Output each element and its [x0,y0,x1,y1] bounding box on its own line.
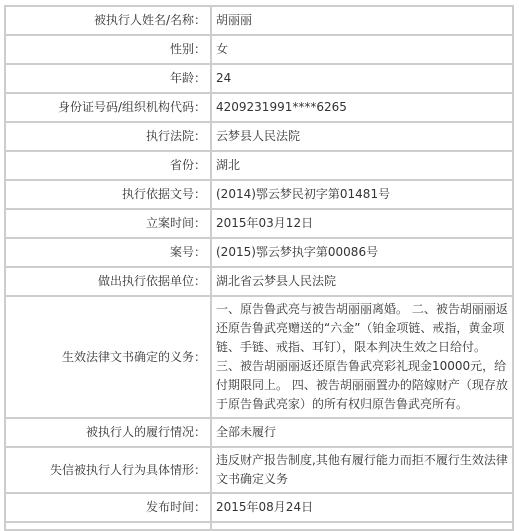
label-basis-doc-number: 执行依据文号： [5,180,211,209]
label-court: 执行法院： [5,122,211,151]
row-obligations: 生效法律文书确定的义务： 一、原告鲁武亮与被告胡丽丽离婚。 二、被告胡丽丽返还原… [5,296,513,418]
row-court: 执行法院： 云梦县人民法院 [5,122,513,151]
row-gender: 性别： 女 [5,35,513,64]
label-id-number: 身份证号码/组织机构代码： [5,93,211,122]
label-name: 被执行人姓名/名称： [5,6,211,35]
value-basis-doc-number: (2014)鄂云梦民初字第01481号 [211,180,513,209]
row-province: 省份： 湖北 [5,151,513,180]
row-id-number: 身份证号码/组织机构代码： 4209231991****6265 [5,93,513,122]
value-age: 24 [211,64,513,93]
value-cutoff [211,522,513,530]
label-age: 年龄： [5,64,211,93]
label-publish-date: 发布时间： [5,493,211,522]
row-basis-doc-number: 执行依据文号： (2014)鄂云梦民初字第01481号 [5,180,513,209]
row-dishonest-behavior: 失信被执行人行为具体情形： 违反财产报告制度,其他有履行能力而拒不履行生效法律文… [5,447,513,493]
label-basis-issuer: 做出执行依据单位： [5,267,211,296]
row-age: 年龄： 24 [5,64,513,93]
label-performance-status: 被执行人的履行情况： [5,418,211,447]
value-case-number: (2015)鄂云梦执字第00086号 [211,238,513,267]
value-court: 云梦县人民法院 [211,122,513,151]
value-basis-issuer: 湖北省云梦县人民法院 [211,267,513,296]
label-province: 省份： [5,151,211,180]
value-gender: 女 [211,35,513,64]
row-performance-status: 被执行人的履行情况： 全部未履行 [5,418,513,447]
value-id-number: 4209231991****6265 [211,93,513,122]
value-name: 胡丽丽 [211,6,513,35]
row-name: 被执行人姓名/名称： 胡丽丽 [5,6,513,35]
label-cutoff [5,522,211,530]
value-province: 湖北 [211,151,513,180]
label-obligations: 生效法律文书确定的义务： [5,296,211,418]
row-basis-issuer: 做出执行依据单位： 湖北省云梦县人民法院 [5,267,513,296]
row-publish-date: 发布时间： 2015年08月24日 [5,493,513,522]
value-filing-date: 2015年03月12日 [211,209,513,238]
value-dishonest-behavior: 违反财产报告制度,其他有履行能力而拒不履行生效法律文书确定义务 [211,447,513,493]
value-performance-status: 全部未履行 [211,418,513,447]
dishonest-debtor-info-table: 被执行人姓名/名称： 胡丽丽 性别： 女 年龄： 24 身份证号码/组织机构代码… [4,5,514,531]
row-cutoff [5,522,513,530]
label-gender: 性别： [5,35,211,64]
label-dishonest-behavior: 失信被执行人行为具体情形： [5,447,211,493]
row-filing-date: 立案时间： 2015年03月12日 [5,209,513,238]
label-filing-date: 立案时间： [5,209,211,238]
value-publish-date: 2015年08月24日 [211,493,513,522]
row-case-number: 案号： (2015)鄂云梦执字第00086号 [5,238,513,267]
value-obligations: 一、原告鲁武亮与被告胡丽丽离婚。 二、被告胡丽丽返还原告鲁武亮赠送的“六金”（铂… [211,296,513,418]
label-case-number: 案号： [5,238,211,267]
